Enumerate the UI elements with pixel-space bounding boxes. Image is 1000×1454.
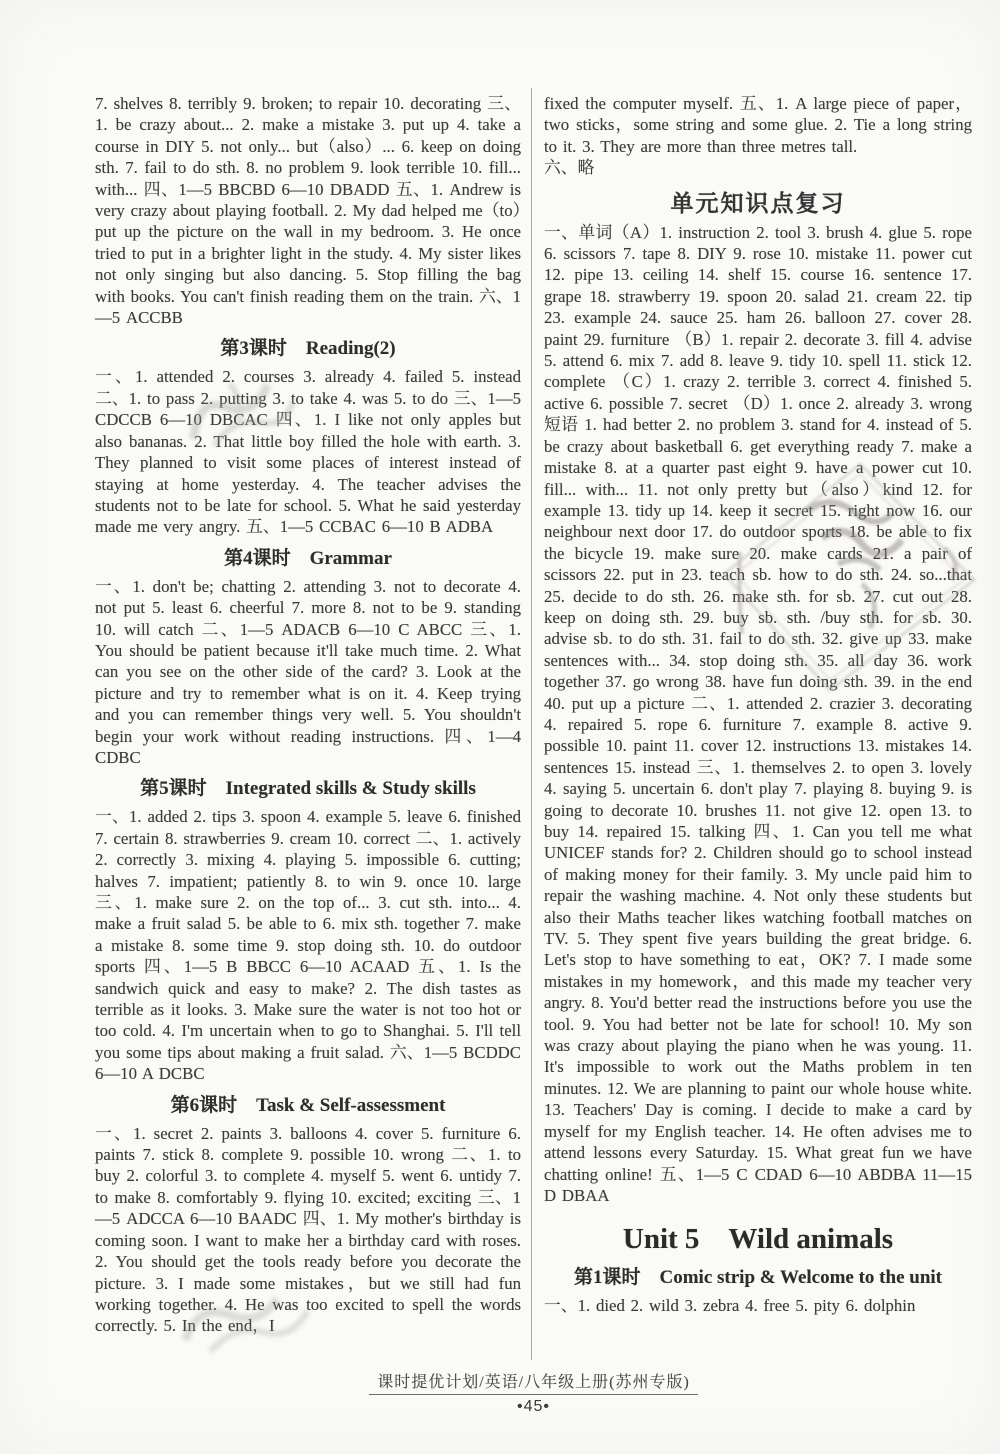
page-number: •45• [95,1398,972,1416]
lesson-heading: 第6课时 Task & Self-assessment [95,1093,521,1118]
paragraph: 六、略 [544,157,972,178]
paragraph: 一、1. added 2. tips 3. spoon 4. example 5… [95,806,521,1084]
column-divider-line [531,88,532,1360]
lesson-heading: 第1课时 Comic strip & Welcome to the unit [544,1265,972,1290]
paragraph: 一、1. died 2. wild 3. zebra 4. free 5. pi… [544,1295,972,1316]
paragraph: 7. shelves 8. terribly 9. broken; to rep… [95,93,521,328]
paragraph: fixed the computer myself. 五、1. A large … [544,93,972,157]
paragraph: 一、1. attended 2. courses 3. already 4. f… [95,366,521,537]
paragraph: 一、单词（A）1. instruction 2. tool 3. brush 4… [544,222,972,1207]
review-heading: 单元知识点复习 [544,188,972,218]
left-column: 7. shelves 8. terribly 9. broken; to rep… [95,93,521,1337]
unit-heading: Unit 5 Wild animals [544,1221,972,1257]
right-column: fixed the computer myself. 五、1. A large … [544,93,972,1317]
lesson-heading: 第4课时 Grammar [95,546,521,571]
footer-book-info: 课时提优计划/英语/八年级上册(苏州专版) [369,1369,698,1395]
scanned-answer-page: 7. shelves 8. terribly 9. broken; to rep… [0,0,1000,1454]
page-footer: 课时提优计划/英语/八年级上册(苏州专版) •45• [95,1369,972,1416]
paragraph: 一、1. don't be; chatting 2. attending 3. … [95,576,521,769]
paragraph: 一、1. secret 2. paints 3. balloons 4. cov… [95,1123,521,1337]
lesson-heading: 第5课时 Integrated skills & Study skills [95,776,521,801]
lesson-heading: 第3课时 Reading(2) [95,336,521,361]
